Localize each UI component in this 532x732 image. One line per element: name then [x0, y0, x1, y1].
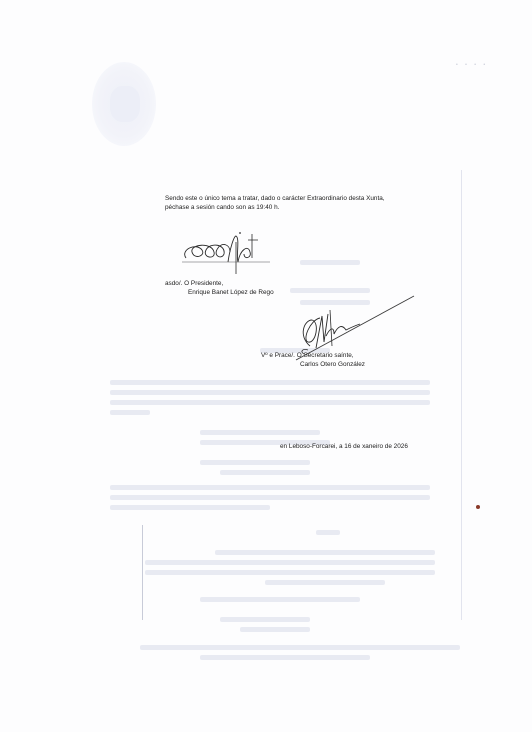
- closing-paragraph-line-1: Sendo este o único tema a tratar, dado o…: [165, 194, 385, 203]
- bleed-through-mark: [290, 288, 370, 293]
- president-signature-icon: [178, 228, 268, 278]
- bleed-through-mark: [110, 485, 430, 490]
- bleed-through-mark: [316, 530, 340, 535]
- bleed-through-mark: [200, 460, 310, 465]
- president-name: Enrique Banet López de Rego: [188, 288, 274, 297]
- bleed-through-mark: [110, 400, 430, 405]
- bleed-through-mark: [300, 260, 360, 265]
- bleed-through-mark: [200, 597, 360, 602]
- president-signed-label: asdo/. O Presidente,: [165, 279, 223, 288]
- ink-dot-icon: [476, 505, 480, 509]
- bleed-through-mark: [110, 380, 430, 385]
- scan-marks-icon: • • • •: [456, 62, 488, 68]
- secretary-approval-label: Vº e Prace/. O Secretario saínte,: [261, 351, 354, 360]
- bleed-through-mark: [215, 550, 435, 555]
- bleed-through-mark: [110, 390, 430, 395]
- document-page: • • • • Sendo este o único tema a tratar…: [0, 0, 532, 732]
- bleed-through-mark: [110, 495, 430, 500]
- bleed-through-mark: [145, 570, 435, 575]
- bleed-through-mark: [110, 505, 270, 510]
- bleed-through-mark: [200, 655, 370, 660]
- closing-paragraph-line-2: péchase a sesión cando son as 19:40 h.: [165, 203, 279, 212]
- seal-emblem-icon: [110, 86, 140, 122]
- secretary-name: Carlos Otero González: [300, 360, 365, 369]
- scan-line: [142, 525, 143, 620]
- bleed-through-mark: [220, 470, 310, 475]
- place-date: en Leboso-Forcarei, a 16 de xaneiro de 2…: [280, 442, 408, 451]
- scan-line: [461, 170, 462, 620]
- bleed-through-mark: [220, 617, 310, 622]
- bleed-through-mark: [265, 580, 385, 585]
- bleed-through-mark: [110, 410, 150, 415]
- bleed-through-mark: [140, 645, 460, 650]
- bleed-through-mark: [240, 627, 310, 632]
- bleed-through-mark: [145, 560, 435, 565]
- bleed-through-mark: [200, 430, 320, 435]
